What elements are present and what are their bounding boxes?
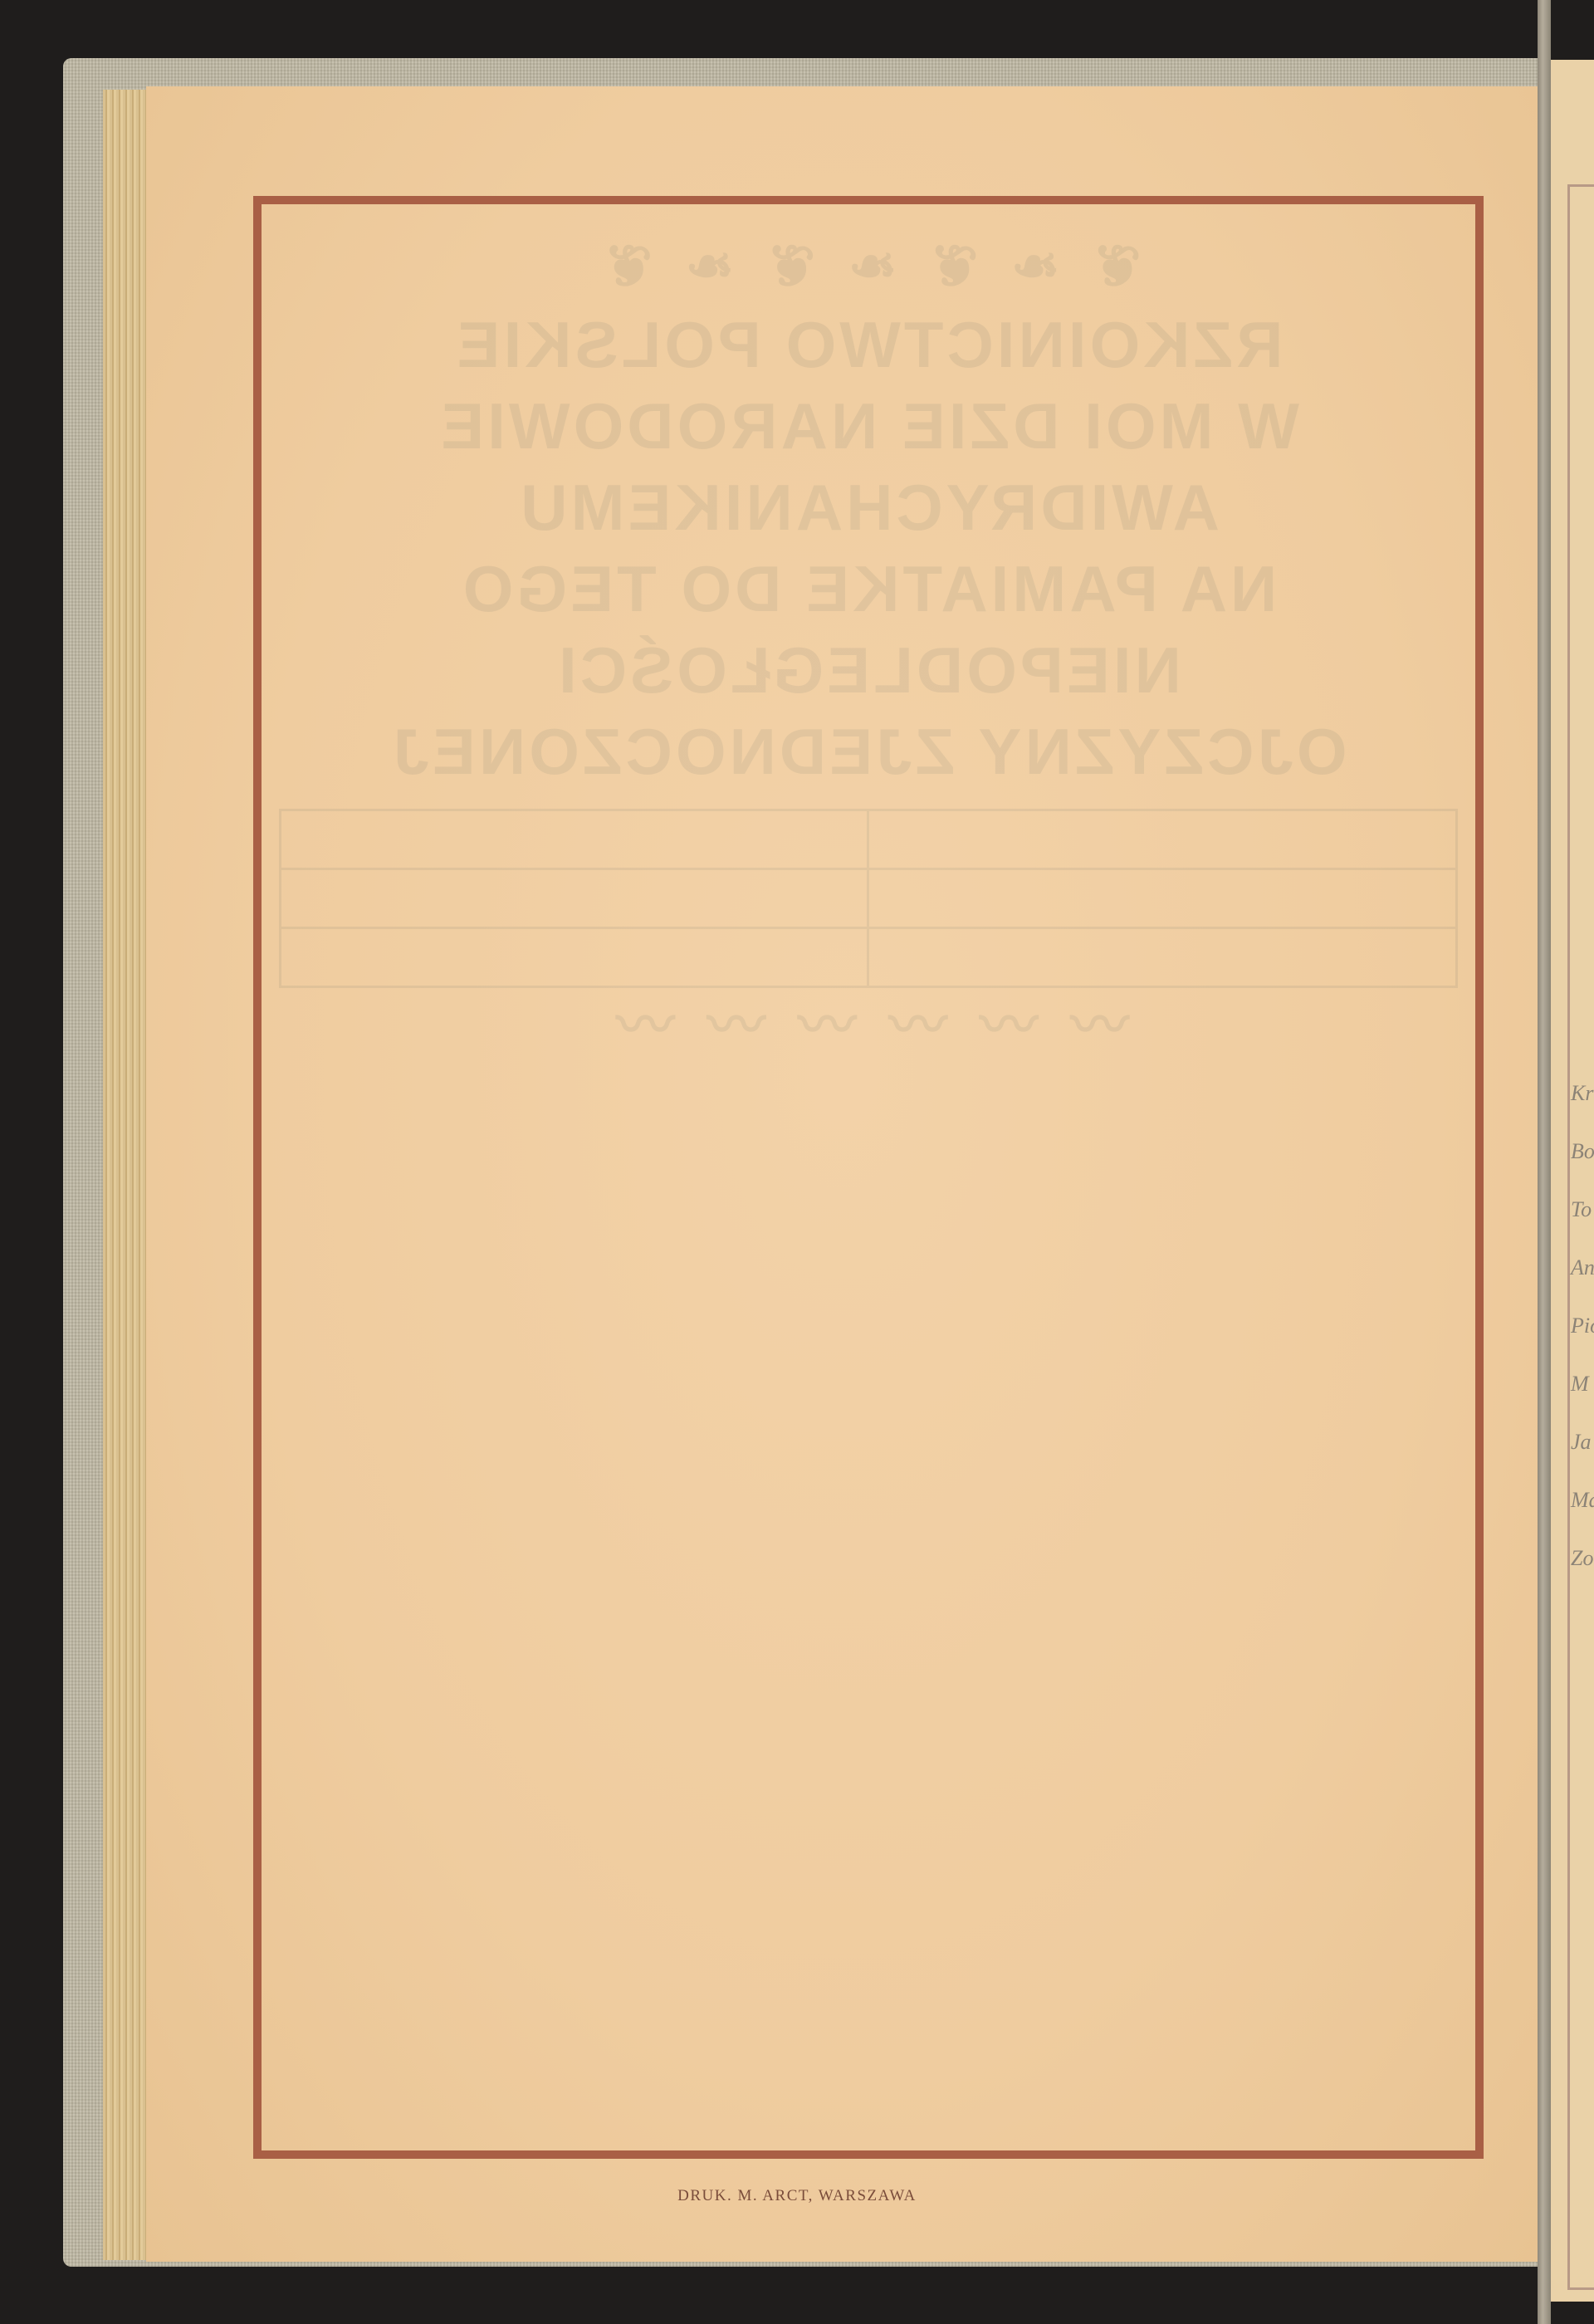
show-through-line: RZKOINICTWO POLSKIE [262,304,1475,385]
adjacent-page-script: Kr Bo To An Pio M Ja Ma Zo [1571,1064,1594,1588]
ornament-bottom: 〰 〰 〰 〰 〰 〰 [262,988,1475,1063]
ornament-top: ❦ ❧ ❦ ❧ ❦ ❧ ❦ [262,229,1475,304]
printer-imprint: DRUK. M. ARCT, WARSZAWA [0,2187,1594,2205]
show-through-line: W MOI DZIE NARODOWIE [262,385,1475,467]
adjacent-page: Kr Bo To An Pio M Ja Ma Zo [1551,60,1594,2302]
show-through-line: NA PAMIATKE DO TEGO [262,548,1475,629]
book-gutter [1538,0,1551,2324]
show-through-text: ❦ ❧ ❦ ❧ ❦ ❧ ❦ RZKOINICTWO POLSKIE W MOI … [262,229,1475,1063]
page-edges [103,90,149,2260]
show-through-line: NIEPODLEGŁOŚCI [262,629,1475,711]
decorative-frame: ❦ ❧ ❦ ❧ ❦ ❧ ❦ RZKOINICTWO POLSKIE W MOI … [253,196,1484,2159]
show-through-table [279,809,1458,988]
show-through-line: AWIDRYCHANIKEMU [262,467,1475,548]
show-through-line: OJCZYZNY ZJEDNOCZONEJ [262,711,1475,792]
